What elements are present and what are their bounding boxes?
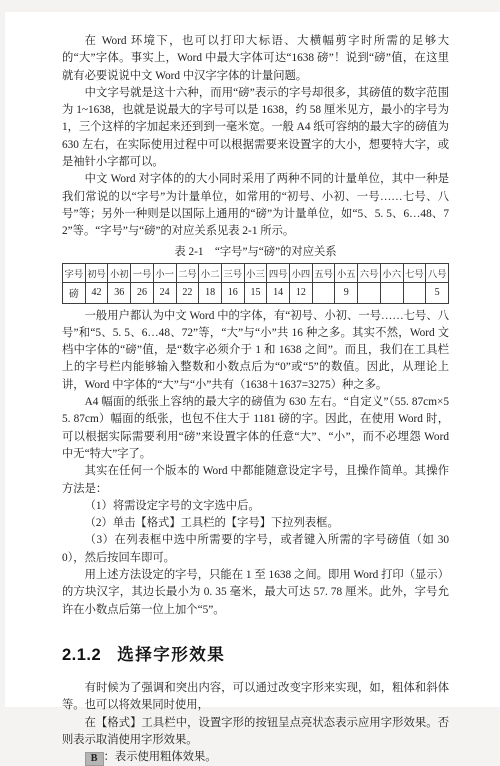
table-value-cell — [358, 282, 381, 303]
table-header-cell: 小初 — [108, 263, 131, 282]
table-value-cell: 18 — [199, 282, 222, 303]
paragraph-method-intro: 其实在任何一个版本的 Word 中都能随意设定字号，且操作简单。其操作方法是： — [62, 463, 449, 498]
table-value-cell: 16 — [221, 282, 244, 303]
table-header-cell: 小五 — [335, 263, 358, 282]
table-header-cell: 一号 — [131, 263, 154, 282]
paragraph-two-units: 中文 Word 对字体的的大小同时采用了两种不同的计量单位，其中一种是我们常说的… — [62, 171, 449, 240]
document-page: 在 Word 环境下，也可以打印大标语、大横幅剪字时所需的足够大的“大”字体。事… — [5, 12, 500, 707]
table-header-cell: 七号 — [403, 263, 426, 282]
paragraph-a4-custom-size: A4 幅面的纸张上容纳的最大字的磅值为 630 左右。“自定义”（55. 87c… — [62, 394, 449, 463]
step-2: （2）单击【格式】工具栏的【字号】下拉列表框。 — [62, 515, 449, 532]
table-value-cell: 26 — [131, 282, 154, 303]
section-title: 选择字形效果 — [117, 645, 225, 664]
table-caption: 表 2-1 “字号”与“磅”的对应关系 — [62, 244, 449, 260]
table-value-cell — [312, 282, 335, 303]
step-3: （3）在列表框中选中所需要的字号，或者键入所需的字号磅值（如 300），然后按回… — [62, 532, 449, 567]
table-value-cell: 磅 — [63, 282, 86, 303]
table-header-cell: 小四 — [290, 263, 313, 282]
table-value-cell: 24 — [153, 282, 176, 303]
table-value-cell: 22 — [176, 282, 199, 303]
table-header-cell: 小一 — [153, 263, 176, 282]
paragraph-size-limits: 用上述方法设定的字号，只能在 1 至 1638 之间。即用 Word 打印（显示… — [62, 567, 449, 619]
table-value-cell: 9 — [335, 282, 358, 303]
step-1: （1）将需设定字号的文字选中后。 — [62, 498, 449, 515]
table-header-cell: 八号 — [426, 263, 449, 282]
section-heading: 2.1.2选择字形效果 — [62, 641, 449, 665]
table-value-row: 磅4236262422181615141295 — [63, 282, 449, 303]
table-header-cell: 初号 — [85, 263, 108, 282]
table-header-cell: 字号 — [63, 263, 86, 282]
table-header-cell: 二号 — [176, 263, 199, 282]
table-header-cell: 小六 — [380, 263, 403, 282]
table-header-row: 字号初号小初一号小一二号小二三号小三四号小四五号小五六号小六七号八号 — [63, 263, 449, 282]
paragraph-word-environment: 在 Word 环境下，也可以打印大标语、大横幅剪字时所需的足够大的“大”字体。事… — [62, 33, 449, 85]
table-value-cell — [380, 282, 403, 303]
section-number: 2.1.2 — [62, 646, 101, 664]
table-header-cell: 五号 — [312, 263, 335, 282]
table-value-cell: 12 — [290, 282, 313, 303]
table-value-cell: 42 — [85, 282, 108, 303]
paragraph-emphasis-intro: 有时候为了强调和突出内容，可以通过改变字形来实现，如，粗体和斜体等。也可以将效果… — [62, 680, 449, 707]
paragraph-pound-range: 中文字号就是这十六种，而用“磅”表示的字号却很多，其磅值的数字范围为 1~163… — [62, 85, 449, 171]
paragraph-user-assumption: 一般用户都认为中文 Word 中的字体，有“初号、小初、一号……七号、八号”和“… — [62, 308, 449, 394]
table-header-cell: 小二 — [199, 263, 222, 282]
table-header-cell: 四号 — [267, 263, 290, 282]
page-content: 在 Word 环境下，也可以打印大标语、大横幅剪字时所需的足够大的“大”字体。事… — [62, 33, 449, 707]
table-value-cell: 14 — [267, 282, 290, 303]
table-value-cell: 36 — [108, 282, 131, 303]
table-value-cell — [403, 282, 426, 303]
font-size-pound-table: 字号初号小初一号小一二号小二三号小三四号小四五号小五六号小六七号八号 磅4236… — [62, 263, 449, 304]
table-value-cell: 15 — [244, 282, 267, 303]
table-header-cell: 六号 — [358, 263, 381, 282]
table-value-cell: 5 — [426, 282, 449, 303]
table-header-cell: 小三 — [244, 263, 267, 282]
table-header-cell: 三号 — [221, 263, 244, 282]
